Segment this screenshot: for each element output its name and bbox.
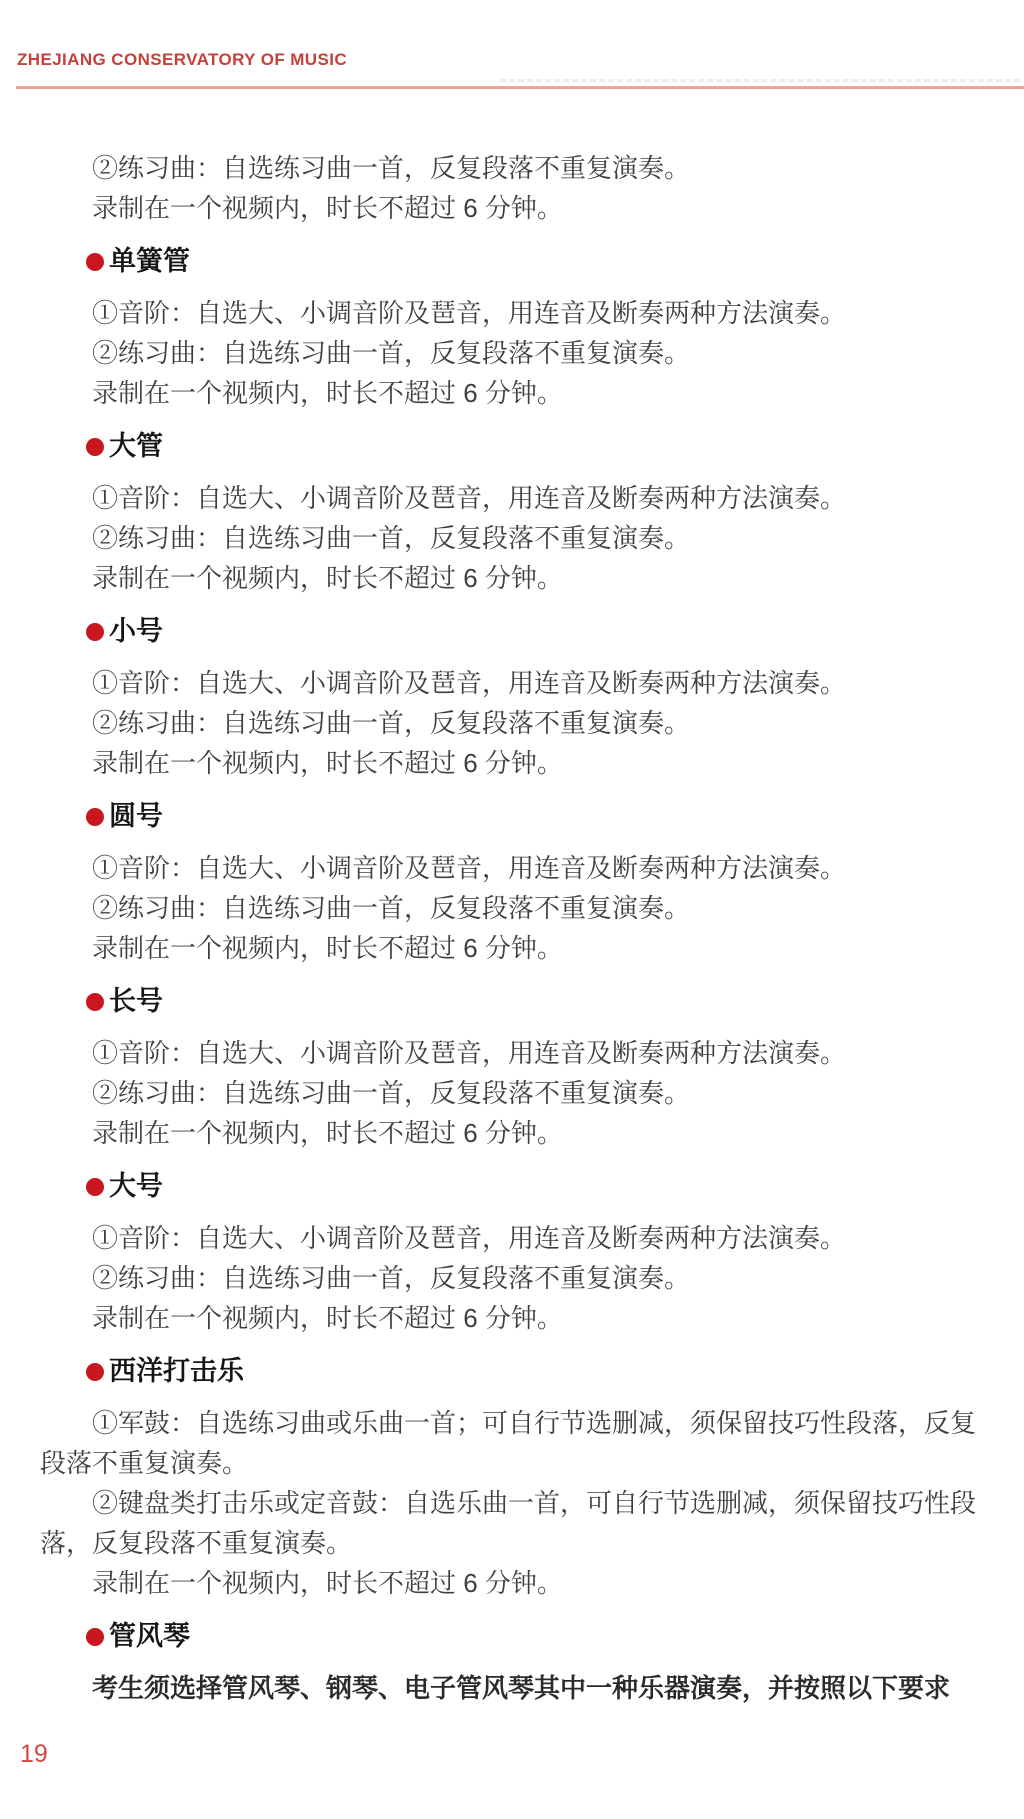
section-title: 大管: [109, 431, 163, 461]
paragraph: ①军鼓：自选练习曲或乐曲一首；可自行节选删减，须保留技巧性段落，反复段落不重复演…: [40, 1403, 985, 1483]
paragraph: ②练习曲：自选练习曲一首，反复段落不重复演奏。: [40, 703, 985, 743]
bullet-icon: [86, 1628, 104, 1646]
conservatory-name: ZHEJIANG CONSERVATORY OF MUSIC: [17, 50, 347, 70]
paragraph: ②练习曲：自选练习曲一首，反复段落不重复演奏。: [40, 333, 985, 373]
paragraph: ②练习曲：自选练习曲一首，反复段落不重复演奏。: [40, 888, 985, 928]
section-heading-french-horn: 圆号: [40, 796, 985, 836]
document-body: ②练习曲：自选练习曲一首，反复段落不重复演奏。 录制在一个视频内，时长不超过 6…: [40, 148, 985, 1708]
bullet-icon: [86, 438, 104, 456]
paragraph: ②练习曲：自选练习曲一首，反复段落不重复演奏。: [40, 1073, 985, 1113]
section-heading-western-percussion: 西洋打击乐: [40, 1351, 985, 1391]
document-page: ZHEJIANG CONSERVATORY OF MUSIC ②练习曲：自选练习…: [0, 0, 1024, 1819]
page-number: 19: [20, 1740, 48, 1769]
paragraph: ①音阶：自选大、小调音阶及琶音，用连音及断奏两种方法演奏。: [40, 293, 985, 333]
bullet-icon: [86, 253, 104, 271]
section-heading-clarinet: 单簧管: [40, 241, 985, 281]
intro-paragraph: 录制在一个视频内，时长不超过 6 分钟。: [40, 188, 985, 228]
section-title: 圆号: [109, 801, 163, 831]
section-title: 长号: [109, 986, 163, 1016]
bullet-icon: [86, 1363, 104, 1381]
section-heading-tuba: 大号: [40, 1166, 985, 1206]
paragraph: 录制在一个视频内，时长不超过 6 分钟。: [40, 373, 985, 413]
section-title: 管风琴: [109, 1621, 190, 1651]
paragraph: ①音阶：自选大、小调音阶及琶音，用连音及断奏两种方法演奏。: [40, 1218, 985, 1258]
section-heading-bassoon: 大管: [40, 426, 985, 466]
section-title: 大号: [109, 1171, 163, 1201]
paragraph: ①音阶：自选大、小调音阶及琶音，用连音及断奏两种方法演奏。: [40, 478, 985, 518]
section-title: 单簧管: [109, 246, 190, 276]
bullet-icon: [86, 993, 104, 1011]
section-heading-organ: 管风琴: [40, 1616, 985, 1656]
section-heading-trumpet: 小号: [40, 611, 985, 651]
intro-paragraph: ②练习曲：自选练习曲一首，反复段落不重复演奏。: [40, 148, 985, 188]
section-title: 西洋打击乐: [109, 1356, 244, 1386]
paragraph: ①音阶：自选大、小调音阶及琶音，用连音及断奏两种方法演奏。: [40, 848, 985, 888]
paragraph: 录制在一个视频内，时长不超过 6 分钟。: [40, 743, 985, 783]
paragraph: 录制在一个视频内，时长不超过 6 分钟。: [40, 1563, 985, 1603]
header-dashed-line: [500, 79, 1020, 82]
paragraph-organ-note: 考生须选择管风琴、钢琴、电子管风琴其中一种乐器演奏，并按照以下要求: [40, 1668, 985, 1708]
header-rule: [16, 86, 1024, 89]
paragraph: ②键盘类打击乐或定音鼓：自选乐曲一首，可自行节选删减，须保留技巧性段落，反复段落…: [40, 1483, 985, 1563]
paragraph: ①音阶：自选大、小调音阶及琶音，用连音及断奏两种方法演奏。: [40, 1033, 985, 1073]
section-heading-trombone: 长号: [40, 981, 985, 1021]
paragraph: 录制在一个视频内，时长不超过 6 分钟。: [40, 1298, 985, 1338]
section-title: 小号: [109, 616, 163, 646]
paragraph: ②练习曲：自选练习曲一首，反复段落不重复演奏。: [40, 518, 985, 558]
paragraph: ①音阶：自选大、小调音阶及琶音，用连音及断奏两种方法演奏。: [40, 663, 985, 703]
paragraph: 录制在一个视频内，时长不超过 6 分钟。: [40, 928, 985, 968]
bullet-icon: [86, 623, 104, 641]
paragraph: 录制在一个视频内，时长不超过 6 分钟。: [40, 558, 985, 598]
bullet-icon: [86, 1178, 104, 1196]
paragraph: ②练习曲：自选练习曲一首，反复段落不重复演奏。: [40, 1258, 985, 1298]
bullet-icon: [86, 808, 104, 826]
paragraph: 录制在一个视频内，时长不超过 6 分钟。: [40, 1113, 985, 1153]
